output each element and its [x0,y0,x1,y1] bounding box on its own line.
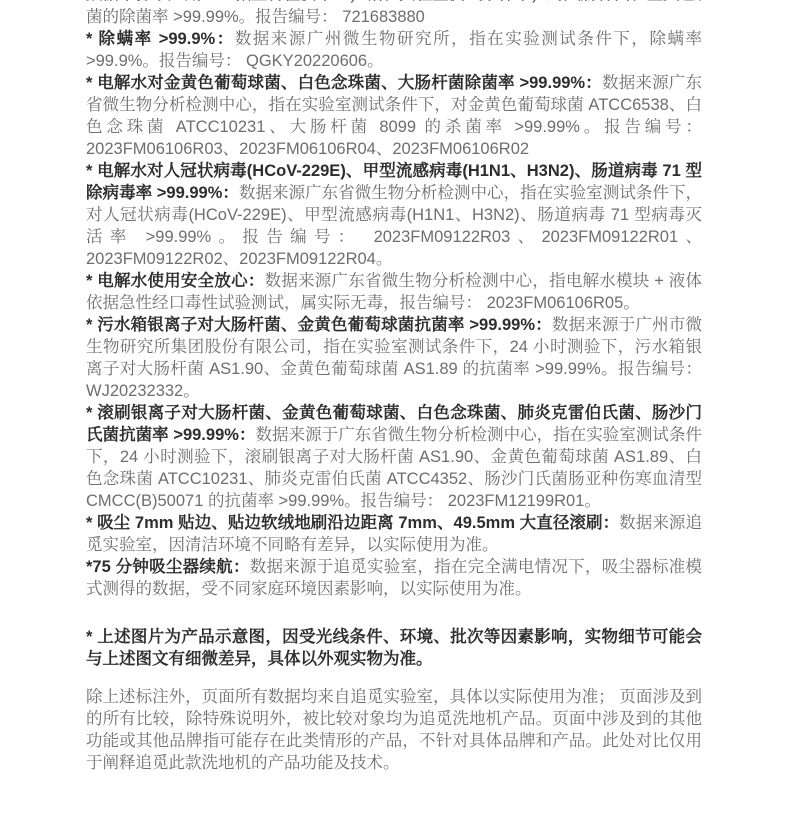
general-disclaimer-paragraph: 除上述标注外，页面所有数据均来自追觅实验室，具体以实际使用为准； 页面涉及到的所… [86,686,702,774]
note-paragraph-electrolyzed-water-virus: * 电解水对人冠状病毒(HCoV-229E)、甲型流感病毒(H1N1、H3N2)… [86,160,702,270]
note-paragraph-sewage-tank-silver-ion: * 污水箱银离子对大肠杆菌、金黄色葡萄球菌抗菌率 >99.99%：数据来源于广州… [86,314,702,402]
note-term: * 电解水使用安全放心： [86,272,265,290]
note-paragraph-edge-cleaning: * 吸尘 7mm 贴边、贴边软绒地刷沿边距离 7mm、49.5mm 大直径滚刷：… [86,512,702,556]
note-body: 菌的除菌率 >99.99%。报告编号： 721683880 [86,8,425,26]
note-paragraph-mite-removal: * 除螨率 >99.9%：数据来源广州微生物研究所，指在实验测试条件下，除螨率 … [86,28,702,72]
note-term: *75 分钟吸尘器续航： [86,558,250,576]
note-term: * 吸尘 7mm 贴边、贴边软绒地刷沿边距离 7mm、49.5mm 大直径滚刷： [86,514,619,532]
clipped-top-line: 数据来源于广州工业微生物检测中心，指在实验室测试条件下，对大肠杆菌、金黄色葡萄球 [86,0,702,6]
note-paragraph-roller-brush-silver-ion: * 滚刷银离子对大肠杆菌、金黄色葡萄球菌、白色念珠菌、肺炎克雷伯氏菌、肠沙门氏菌… [86,402,702,512]
note-term: * 除螨率 >99.9%： [86,30,235,48]
note-paragraph-electrolyzed-water-bacteria: * 电解水对金黄色葡萄球菌、白色念珠菌、大肠杆菌除菌率 >99.99%：数据来源… [86,72,702,160]
note-term: * 电解水对金黄色葡萄球菌、白色念珠菌、大肠杆菌除菌率 >99.99%： [86,74,602,92]
note-paragraph-electrolyzed-water-safety: * 电解水使用安全放心：数据来源广东省微生物分析检测中心，指电解水模块 + 液体… [86,270,702,314]
image-disclaimer-paragraph: * 上述图片为产品示意图，因受光线条件、环境、批次等因素影响，实物细节可能会与上… [86,626,702,670]
clipped-top-line-text: 数据来源于广州工业微生物检测中心，指在实验室测试条件下，对大肠杆菌、金黄色葡萄球 [86,0,702,5]
note-paragraph-continuation: 菌的除菌率 >99.99%。报告编号： 721683880 [86,6,702,28]
note-term: * 污水箱银离子对大肠杆菌、金黄色葡萄球菌抗菌率 >99.99%： [86,316,552,334]
disclaimer-page: 数据来源于广州工业微生物检测中心，指在实验室测试条件下，对大肠杆菌、金黄色葡萄球… [0,0,790,817]
note-paragraph-vacuum-battery-life: *75 分钟吸尘器续航：数据来源于追觅实验室，指在完全满电情况下，吸尘器标准模式… [86,556,702,600]
